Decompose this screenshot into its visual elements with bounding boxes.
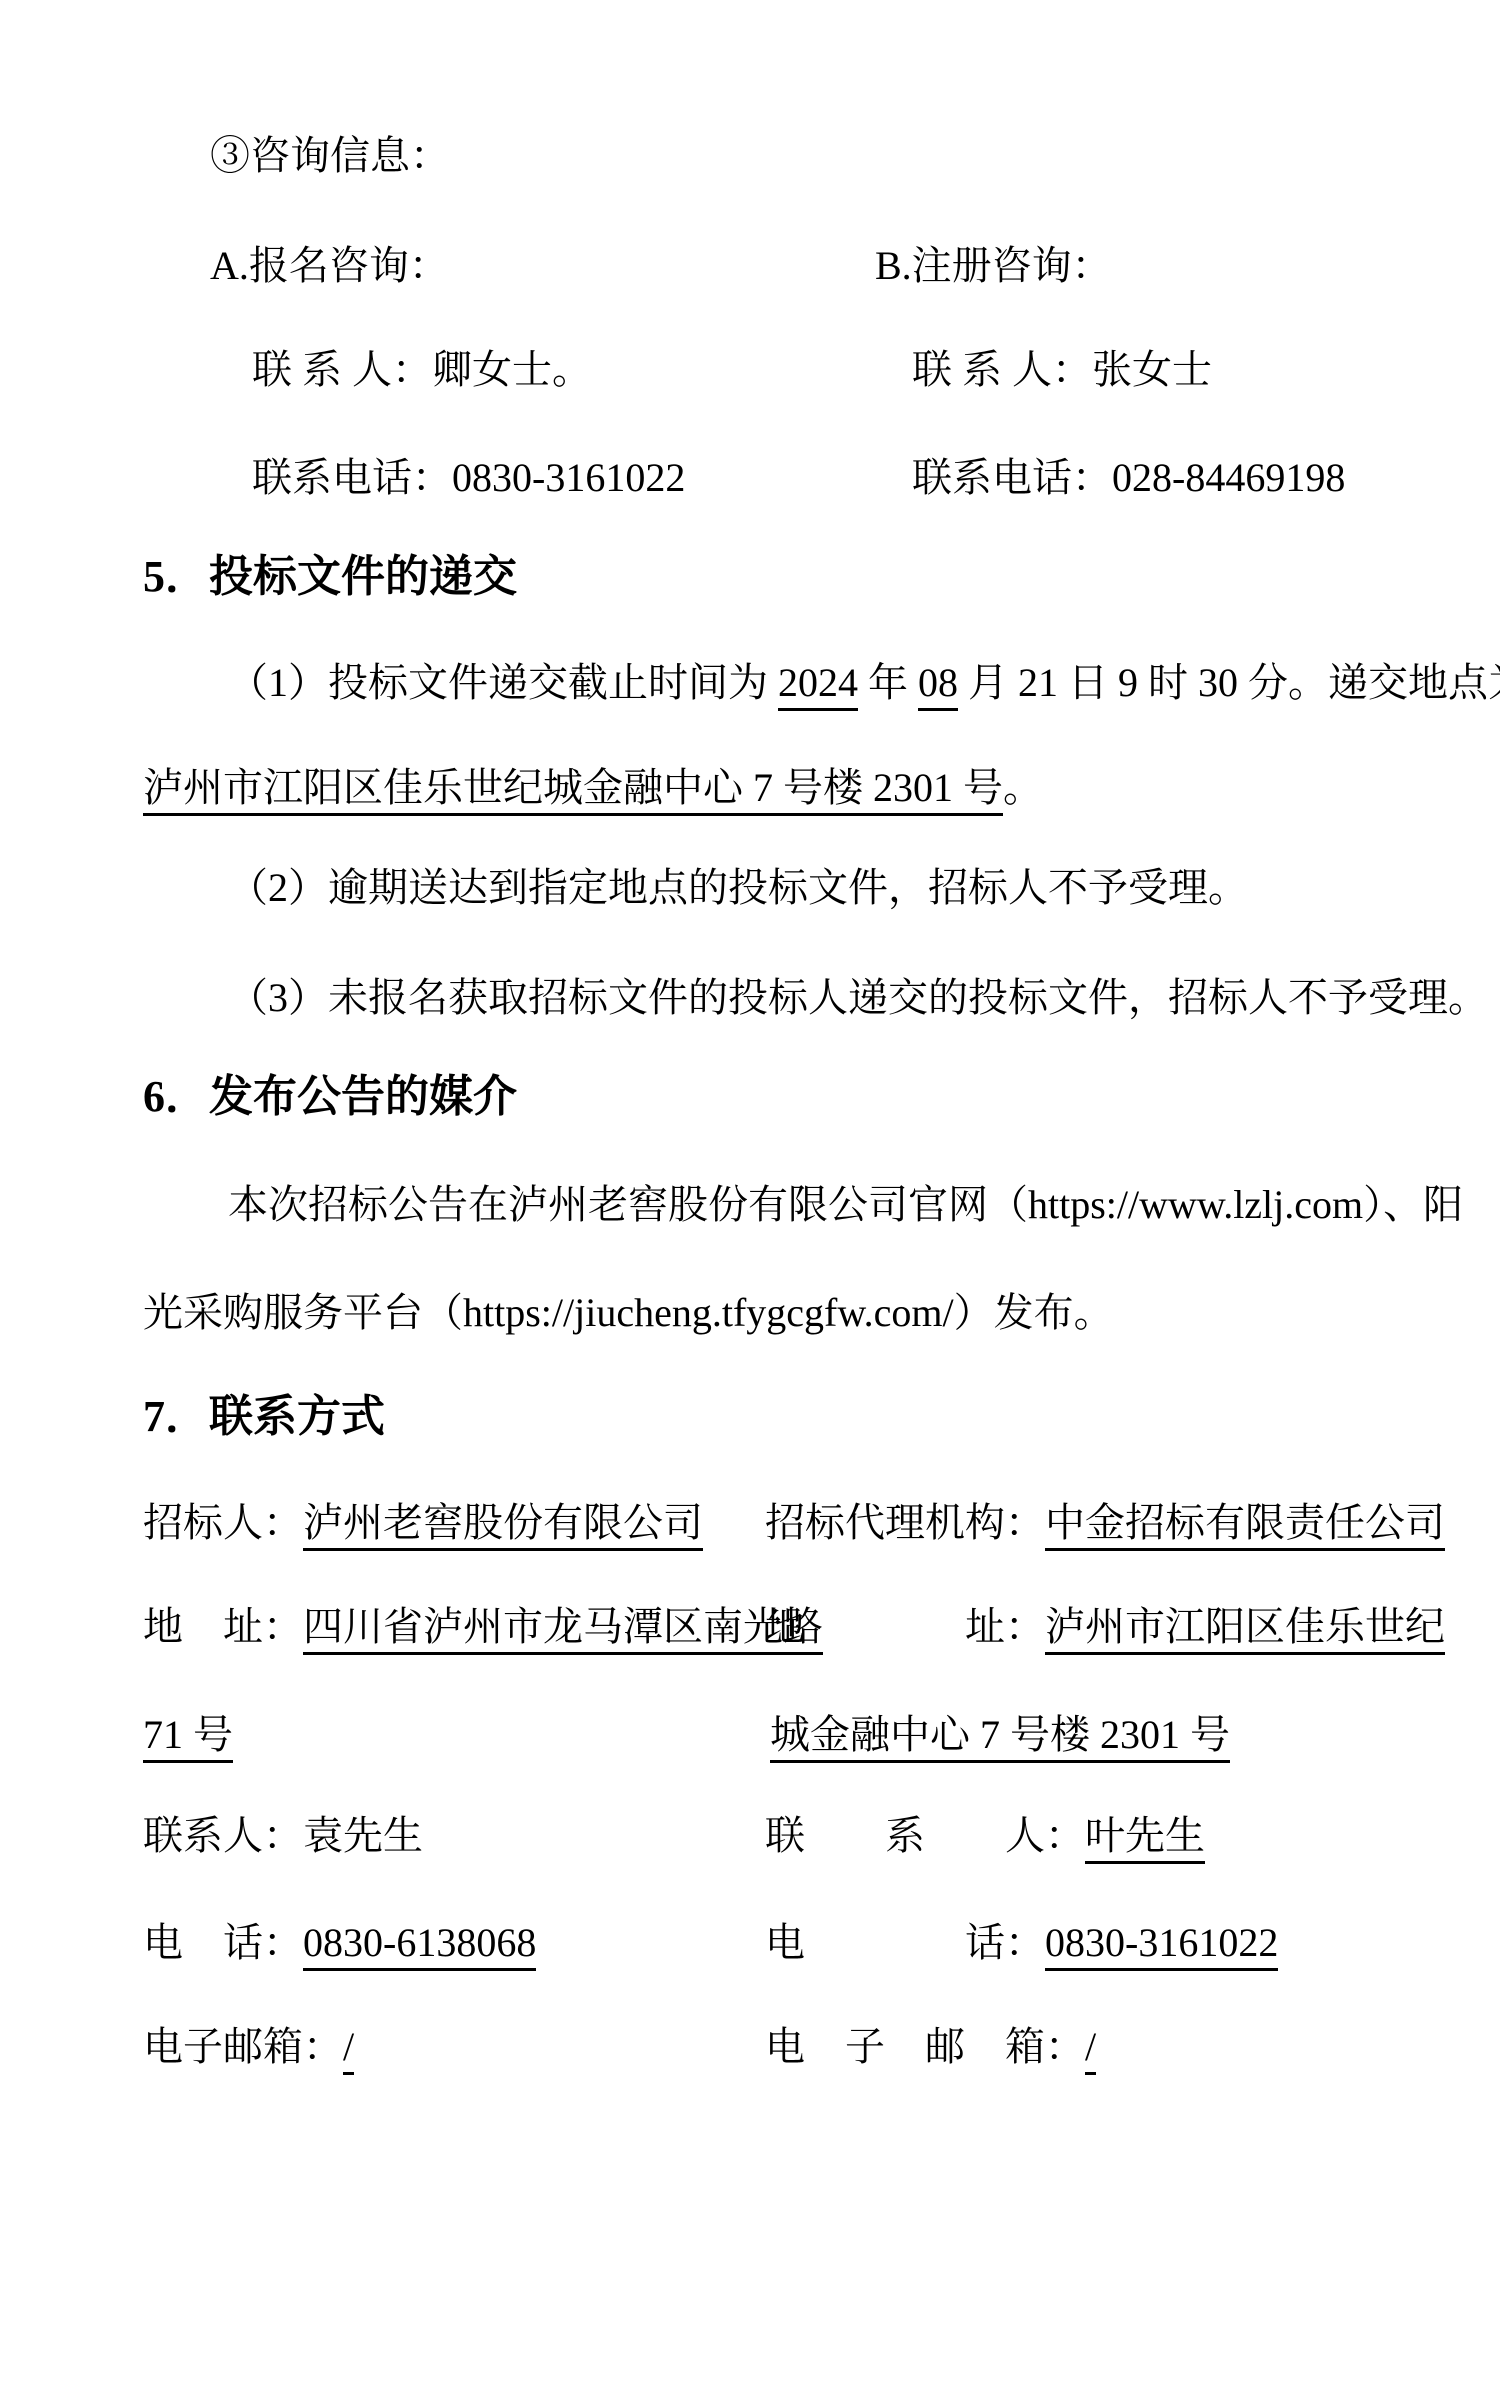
- register-phone-label: 联系电话：: [912, 455, 1112, 500]
- tenderer-address-label: 地 址：: [143, 1604, 303, 1649]
- agency-email-line: 电 子 邮 箱：/: [765, 2021, 1096, 2073]
- agency-name-label: 招标代理机构：: [765, 1500, 1045, 1545]
- register-contact-name: 张女士: [1092, 347, 1212, 392]
- agency-phone-number: 0830-3161022: [1045, 1920, 1278, 1971]
- section-5-heading: 5．投标文件的递交: [143, 551, 517, 603]
- tenderer-address-line-1: 四川省泸州市龙马潭区南光路: [303, 1604, 823, 1655]
- agency-name-line: 招标代理机构：中金招标有限责任公司: [765, 1497, 1445, 1549]
- agency-email-value: /: [1085, 2024, 1096, 2075]
- agency-phone-line: 电 话：0830-3161022: [765, 1917, 1278, 1969]
- register-contact-label: 联 系 人：: [912, 347, 1092, 392]
- announcement-media-line-1: 本次招标公告在泸州老窖股份有限公司官网（https://www.lzlj.com…: [228, 1179, 1463, 1231]
- agency-phone-label: 电 话：: [765, 1920, 1045, 1965]
- deadline-text-between: 年: [858, 660, 918, 705]
- agency-email-label: 电 子 邮 箱：: [765, 2024, 1085, 2069]
- register-contact-line: 联 系 人：张女士: [912, 344, 1212, 396]
- agency-contact-line: 联 系 人：叶先生: [765, 1810, 1205, 1862]
- registration-consult-title: A.报名咨询：: [210, 243, 449, 288]
- tenderer-email-label: 电子邮箱：: [143, 2024, 343, 2069]
- bid-deadline-paragraph: （1）投标文件递交截止时间为 2024 年 08 月 21 日 9 时 30 分…: [228, 657, 1500, 709]
- agency-address-line-1: 泸州市江阳区佳乐世纪: [1045, 1604, 1445, 1655]
- contact-address-row: 地 址：四川省泸州市龙马潭区南光路 地 址：泸州市江阳区佳乐世纪: [143, 1601, 823, 1653]
- agency-address-continuation: 城金融中心 7 号楼 2301 号: [770, 1709, 1230, 1761]
- deadline-month: 08: [918, 660, 958, 711]
- register-phone-line: 联系电话：028-84469198: [912, 452, 1345, 504]
- tenderer-name-label: 招标人：: [143, 1500, 303, 1545]
- registration-contact-name: 卿女士。: [432, 347, 592, 392]
- tenderer-contact-label: 联系人：: [143, 1813, 303, 1858]
- registration-phone-number: 0830-3161022: [452, 455, 685, 500]
- delivery-address-line: 泸州市江阳区佳乐世纪城金融中心 7 号楼 2301 号。: [143, 762, 1043, 814]
- agency-address-line-2: 城金融中心 7 号楼 2301 号: [770, 1712, 1230, 1763]
- registration-phone-label: 联系电话：: [252, 455, 452, 500]
- contact-email-row: 电子邮箱：/ 电 子 邮 箱：/: [143, 2021, 354, 2073]
- consultation-contacts-row: 联 系 人：卿女士。 联 系 人：张女士: [252, 344, 592, 396]
- tenderer-phone-number: 0830-6138068: [303, 1920, 536, 1971]
- tenderer-phone-label: 电 话：: [143, 1920, 303, 1965]
- agency-address-label: 地 址：: [765, 1604, 1045, 1649]
- contact-address-continuation-row: 71 号 城金融中心 7 号楼 2301 号: [143, 1709, 233, 1761]
- agency-contact-name: 叶先生: [1085, 1813, 1205, 1864]
- delivery-address-period: 。: [1003, 765, 1043, 810]
- tenderer-contact-name: 袁先生: [303, 1813, 423, 1858]
- late-delivery-paragraph: （2）逾期送达到指定地点的投标文件，招标人不予受理。: [228, 862, 1248, 914]
- agency-contact-label: 联 系 人：: [765, 1813, 1085, 1858]
- agency-address-line: 地 址：泸州市江阳区佳乐世纪: [765, 1601, 1445, 1653]
- consultation-heading: ③咨询信息：: [210, 130, 450, 182]
- tenderer-address-line-2: 71 号: [143, 1712, 233, 1763]
- contact-phone-row: 电 话：0830-6138068 电 话：0830-3161022: [143, 1917, 536, 1969]
- register-consult-title: B.注册咨询：: [875, 240, 1112, 292]
- contact-name-row: 招标人：泸州老窖股份有限公司 招标代理机构：中金招标有限责任公司: [143, 1497, 703, 1549]
- section-7-heading: 7．联系方式: [143, 1391, 385, 1443]
- contact-person-row: 联系人：袁先生 联 系 人：叶先生: [143, 1810, 423, 1862]
- consultation-phones-row: 联系电话：0830-3161022 联系电话：028-84469198: [252, 452, 685, 504]
- register-phone-number: 028-84469198: [1112, 455, 1345, 500]
- unregistered-bidder-paragraph: （3）未报名获取招标文件的投标人递交的投标文件，招标人不予受理。: [228, 972, 1488, 1024]
- delivery-address: 泸州市江阳区佳乐世纪城金融中心 7 号楼 2301 号: [143, 765, 1003, 816]
- section-6-heading: 6．发布公告的媒介: [143, 1071, 517, 1123]
- deadline-text-before-year: （1）投标文件递交截止时间为: [228, 660, 778, 705]
- agency-name-value: 中金招标有限责任公司: [1045, 1500, 1445, 1551]
- tenderer-name-value: 泸州老窖股份有限公司: [303, 1500, 703, 1551]
- consultation-titles-row: A.报名咨询： B.注册咨询：: [210, 240, 449, 292]
- document-page: ③咨询信息： A.报名咨询： B.注册咨询： 联 系 人：卿女士。 联 系 人：…: [0, 0, 1500, 2381]
- deadline-year: 2024: [778, 660, 858, 711]
- deadline-text-after: 月 21 日 9 时 30 分。递交地点为: [958, 660, 1500, 705]
- announcement-media-line-2: 光采购服务平台（https://jiucheng.tfygcgfw.com/）发…: [143, 1287, 1114, 1339]
- tenderer-email-value: /: [343, 2024, 354, 2075]
- registration-contact-label: 联 系 人：: [252, 347, 432, 392]
